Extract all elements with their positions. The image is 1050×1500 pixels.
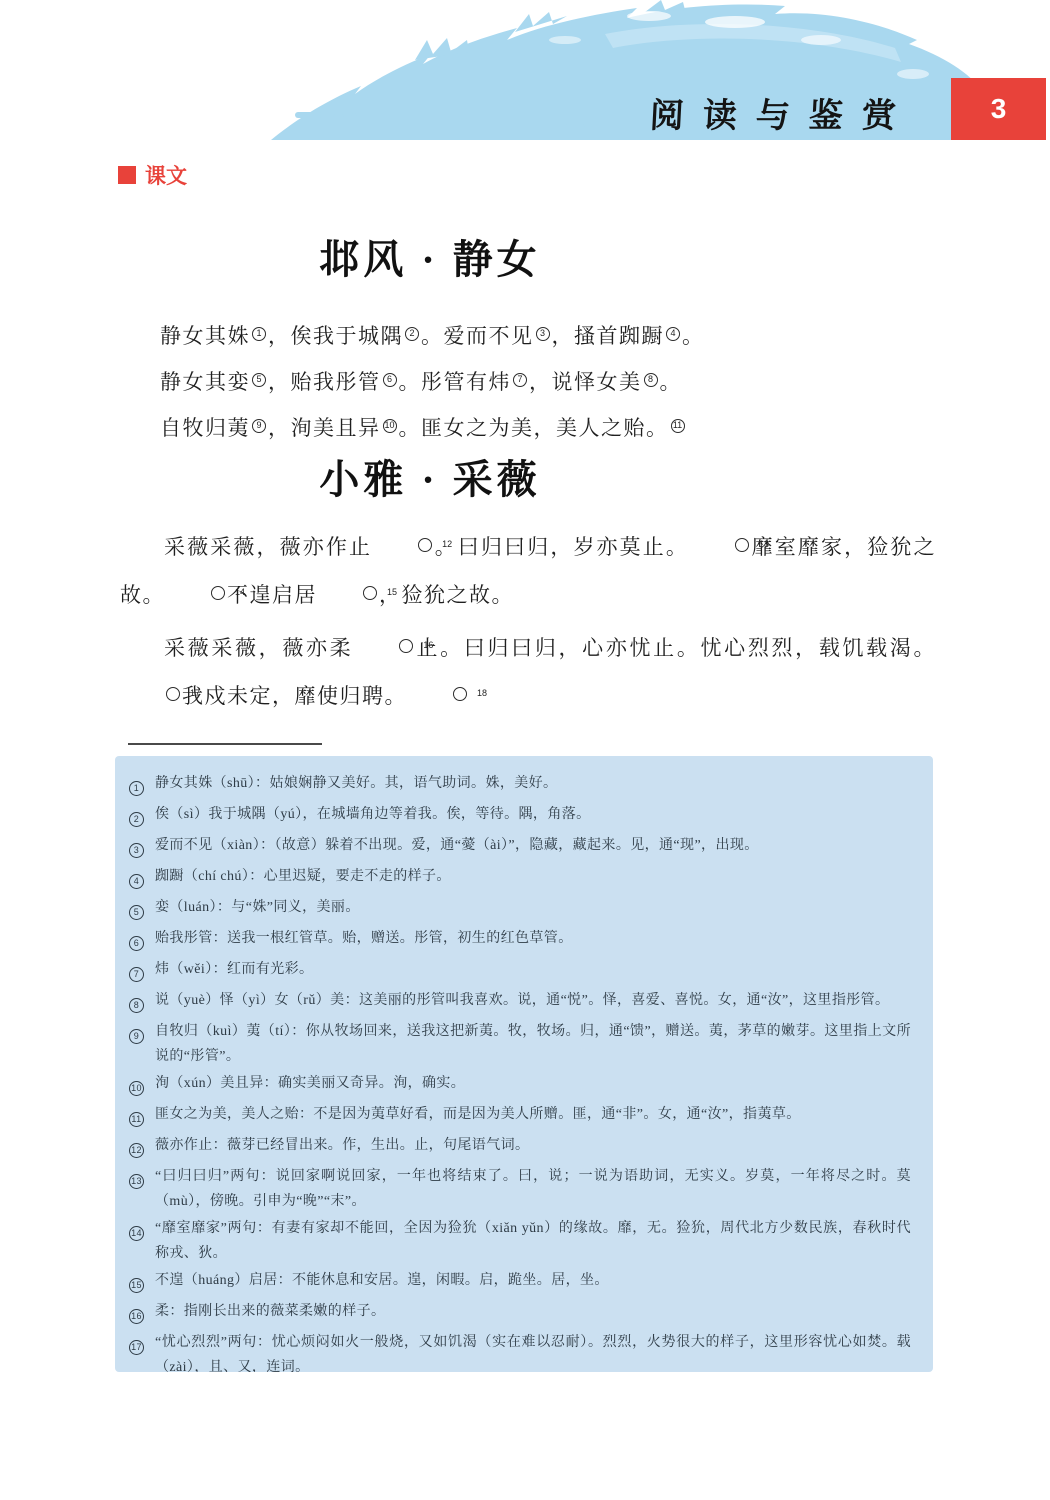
poem-verse-line: 自牧归荑9，洵美且异10。匪女之为美，美人之贻。11 bbox=[160, 402, 705, 448]
footnote-separator bbox=[128, 743, 322, 745]
footnote-number: 2 bbox=[129, 802, 155, 831]
page-number-badge: 3 bbox=[951, 78, 1046, 140]
footnote-text: “靡室靡家”两句：有妻有家却不能回，全因为猃狁（xiǎn yǔn）的缘故。靡，无… bbox=[155, 1216, 911, 1266]
footnote-text: 踟蹰（chí chú）：心里迟疑，要走不走的样子。 bbox=[155, 864, 911, 893]
banner-title: 阅读与鉴赏 bbox=[649, 88, 917, 137]
footnote-ref-marker: 10 bbox=[383, 402, 397, 441]
poem1-body: 静女其姝1，俟我于城隅2。爱而不见3，搔首踟蹰4。静女其娈5，贻我彤管6。彤管有… bbox=[160, 310, 705, 448]
poem-verse-line: 静女其娈5，贻我彤管6。彤管有炜7，说怿女美8。 bbox=[160, 356, 705, 402]
footnote-number: 10 bbox=[129, 1071, 155, 1100]
footnote-ref-marker: 9 bbox=[252, 402, 266, 441]
footnote-item: 2俟（sì）我于城隅（yú），在城墙角边等着我。俟，等待。隅，角落。 bbox=[129, 802, 911, 831]
footnote-item: 8说（yuè）怿（yì）女（rǔ）美：这美丽的彤管叫我喜欢。说，通“悦”。怿，喜… bbox=[129, 988, 911, 1017]
footnote-ref-marker: 13 bbox=[691, 520, 749, 561]
footnote-item: 10洵（xún）美且异：确实美丽又奇异。洵，确实。 bbox=[129, 1071, 911, 1100]
section-label-text: 课文 bbox=[145, 160, 187, 190]
footnote-item: 17“忧心烈烈”两句：忧心烦闷如火一般烧，又如饥渴（实在难以忍耐）。烈烈，火势很… bbox=[129, 1330, 911, 1372]
footnote-number: 5 bbox=[129, 895, 155, 924]
footnote-ref-marker: 15 bbox=[319, 568, 377, 609]
poem2-title: 小雅 · 采薇 bbox=[120, 448, 740, 505]
footnotes-box: 1静女其姝（shū）：姑娘娴静又美好。其，语气助词。姝，美好。2俟（sì）我于城… bbox=[115, 756, 933, 1372]
page-number: 3 bbox=[991, 93, 1007, 125]
footnote-ref-marker: 2 bbox=[405, 310, 419, 349]
footnote-ref-marker: 6 bbox=[383, 356, 397, 395]
footnote-ref-marker: 14 bbox=[167, 568, 225, 609]
footnote-number: 6 bbox=[129, 926, 155, 955]
footnote-ref-marker: 17 bbox=[122, 669, 180, 710]
footnote-number: 11 bbox=[129, 1102, 155, 1131]
footnote-item: 6贻我彤管：送我一根红管草。贻，赠送。彤管，初生的红色草管。 bbox=[129, 926, 911, 955]
footnote-number: 17 bbox=[129, 1330, 155, 1372]
footnote-item: 4踟蹰（chí chú）：心里迟疑，要走不走的样子。 bbox=[129, 864, 911, 893]
footnote-text: 贻我彤管：送我一根红管草。贻，赠送。彤管，初生的红色草管。 bbox=[155, 926, 911, 955]
footnote-ref-marker: 12 bbox=[374, 520, 432, 561]
footnote-number: 8 bbox=[129, 988, 155, 1017]
footnote-text: 炜（wěi）：红而有光彩。 bbox=[155, 957, 911, 986]
footnote-number: 14 bbox=[129, 1216, 155, 1266]
footnote-text: 不遑（huáng）启居：不能休息和安居。遑，闲暇。启，跪坐。居，坐。 bbox=[155, 1268, 911, 1297]
footnote-ref-marker: 11 bbox=[671, 402, 685, 441]
textbook-page: 阅读与鉴赏 3 课文 邶风 · 静女 静女其姝1，俟我于城隅2。爱而不见3，搔首… bbox=[0, 0, 1050, 1500]
section-marker-icon bbox=[118, 166, 136, 184]
footnote-item: 15不遑（huáng）启居：不能休息和安居。遑，闲暇。启，跪坐。居，坐。 bbox=[129, 1268, 911, 1297]
footnote-item: 1静女其姝（shū）：姑娘娴静又美好。其，语气助词。姝，美好。 bbox=[129, 771, 911, 800]
footnote-item: 14“靡室靡家”两句：有妻有家却不能回，全因为猃狁（xiǎn yǔn）的缘故。靡… bbox=[129, 1216, 911, 1266]
footnote-number: 3 bbox=[129, 833, 155, 862]
footnote-number: 16 bbox=[129, 1299, 155, 1328]
footnote-item: 5娈（luán）：与“姝”同义，美丽。 bbox=[129, 895, 911, 924]
footnote-ref-marker: 4 bbox=[666, 310, 680, 349]
footnote-text: “忧心烈烈”两句：忧心烦闷如火一般烧，又如饥渴（实在难以忍耐）。烈烈，火势很大的… bbox=[155, 1330, 911, 1372]
footnote-number: 1 bbox=[129, 771, 155, 800]
section-label: 课文 bbox=[118, 160, 187, 190]
footnote-text: 匪女之为美，美人之贻：不是因为荑草好看，而是因为美人所赠。匪，通“非”。女，通“… bbox=[155, 1102, 911, 1131]
footnote-number: 12 bbox=[129, 1133, 155, 1162]
footnote-item: 11匪女之为美，美人之贻：不是因为荑草好看，而是因为美人所赠。匪，通“非”。女，… bbox=[129, 1102, 911, 1131]
footnote-item: 3爱而不见（xiàn）：（故意）躲着不出现。爱，通“薆（ài）”，隐藏，藏起来。… bbox=[129, 833, 911, 862]
footnote-number: 9 bbox=[129, 1019, 155, 1069]
footnote-ref-marker: 16 bbox=[355, 621, 413, 662]
footnote-item: 13“曰归曰归”两句：说回家啊说回家，一年也将结束了。曰，说；一说为语助词，无实… bbox=[129, 1164, 911, 1214]
footnote-text: 薇亦作止：薇芽已经冒出来。作，生出。止，句尾语气词。 bbox=[155, 1133, 911, 1162]
footnote-ref-marker: 8 bbox=[644, 356, 658, 395]
footnote-text: 洵（xún）美且异：确实美丽又奇异。洵，确实。 bbox=[155, 1071, 911, 1100]
footnote-text: 柔：指刚长出来的薇菜柔嫩的样子。 bbox=[155, 1299, 911, 1328]
footnote-ref-marker: 1 bbox=[252, 310, 266, 349]
footnote-text: “曰归曰归”两句：说回家啊说回家，一年也将结束了。曰，说；一说为语助词，无实义。… bbox=[155, 1164, 911, 1214]
footnote-text: 俟（sì）我于城隅（yú），在城墙角边等着我。俟，等待。隅，角落。 bbox=[155, 802, 911, 831]
footnote-ref-marker: 7 bbox=[513, 356, 527, 395]
poem-paragraph: 采薇采薇，薇亦柔16止。曰归曰归，心亦忧止。忧心烈烈，载饥载渴。17我戍未定，靡… bbox=[120, 621, 936, 717]
footnote-number: 13 bbox=[129, 1164, 155, 1214]
footnote-text: 说（yuè）怿（yì）女（rǔ）美：这美丽的彤管叫我喜欢。说，通“悦”。怿，喜爱… bbox=[155, 988, 911, 1017]
footnote-number: 4 bbox=[129, 864, 155, 893]
footnote-number: 7 bbox=[129, 957, 155, 986]
footnote-item: 7炜（wěi）：红而有光彩。 bbox=[129, 957, 911, 986]
poem1-title: 邶风 · 静女 bbox=[120, 228, 740, 285]
footnote-item: 9自牧归（kuì）荑（tí）：你从牧场回来，送我这把新荑。牧，牧场。归，通“馈”… bbox=[129, 1019, 911, 1069]
footnote-ref-marker: 3 bbox=[536, 310, 550, 349]
footnote-text: 静女其姝（shū）：姑娘娴静又美好。其，语气助词。姝，美好。 bbox=[155, 771, 911, 800]
footnote-item: 16柔：指刚长出来的薇菜柔嫩的样子。 bbox=[129, 1299, 911, 1328]
footnote-ref-marker: 5 bbox=[252, 356, 266, 395]
footnote-number: 15 bbox=[129, 1268, 155, 1297]
poem-verse-line: 静女其姝1，俟我于城隅2。爱而不见3，搔首踟蹰4。 bbox=[160, 310, 705, 356]
footnote-text: 爱而不见（xiàn）：（故意）躲着不出现。爱，通“薆（ài）”，隐藏，藏起来。见… bbox=[155, 833, 911, 862]
footnote-text: 娈（luán）：与“姝”同义，美丽。 bbox=[155, 895, 911, 924]
footnote-text: 自牧归（kuì）荑（tí）：你从牧场回来，送我这把新荑。牧，牧场。归，通“馈”，… bbox=[155, 1019, 911, 1069]
poem-paragraph: 采薇采薇，薇亦作止12。曰归曰归，岁亦莫止。13靡室靡家，猃狁之故。14不遑启居… bbox=[120, 520, 936, 616]
footnote-ref-marker: 18 bbox=[409, 669, 467, 710]
poem2-body: 采薇采薇，薇亦作止12。曰归曰归，岁亦莫止。13靡室靡家，猃狁之故。14不遑启居… bbox=[120, 520, 936, 722]
footnote-item: 12薇亦作止：薇芽已经冒出来。作，生出。止，句尾语气词。 bbox=[129, 1133, 911, 1162]
